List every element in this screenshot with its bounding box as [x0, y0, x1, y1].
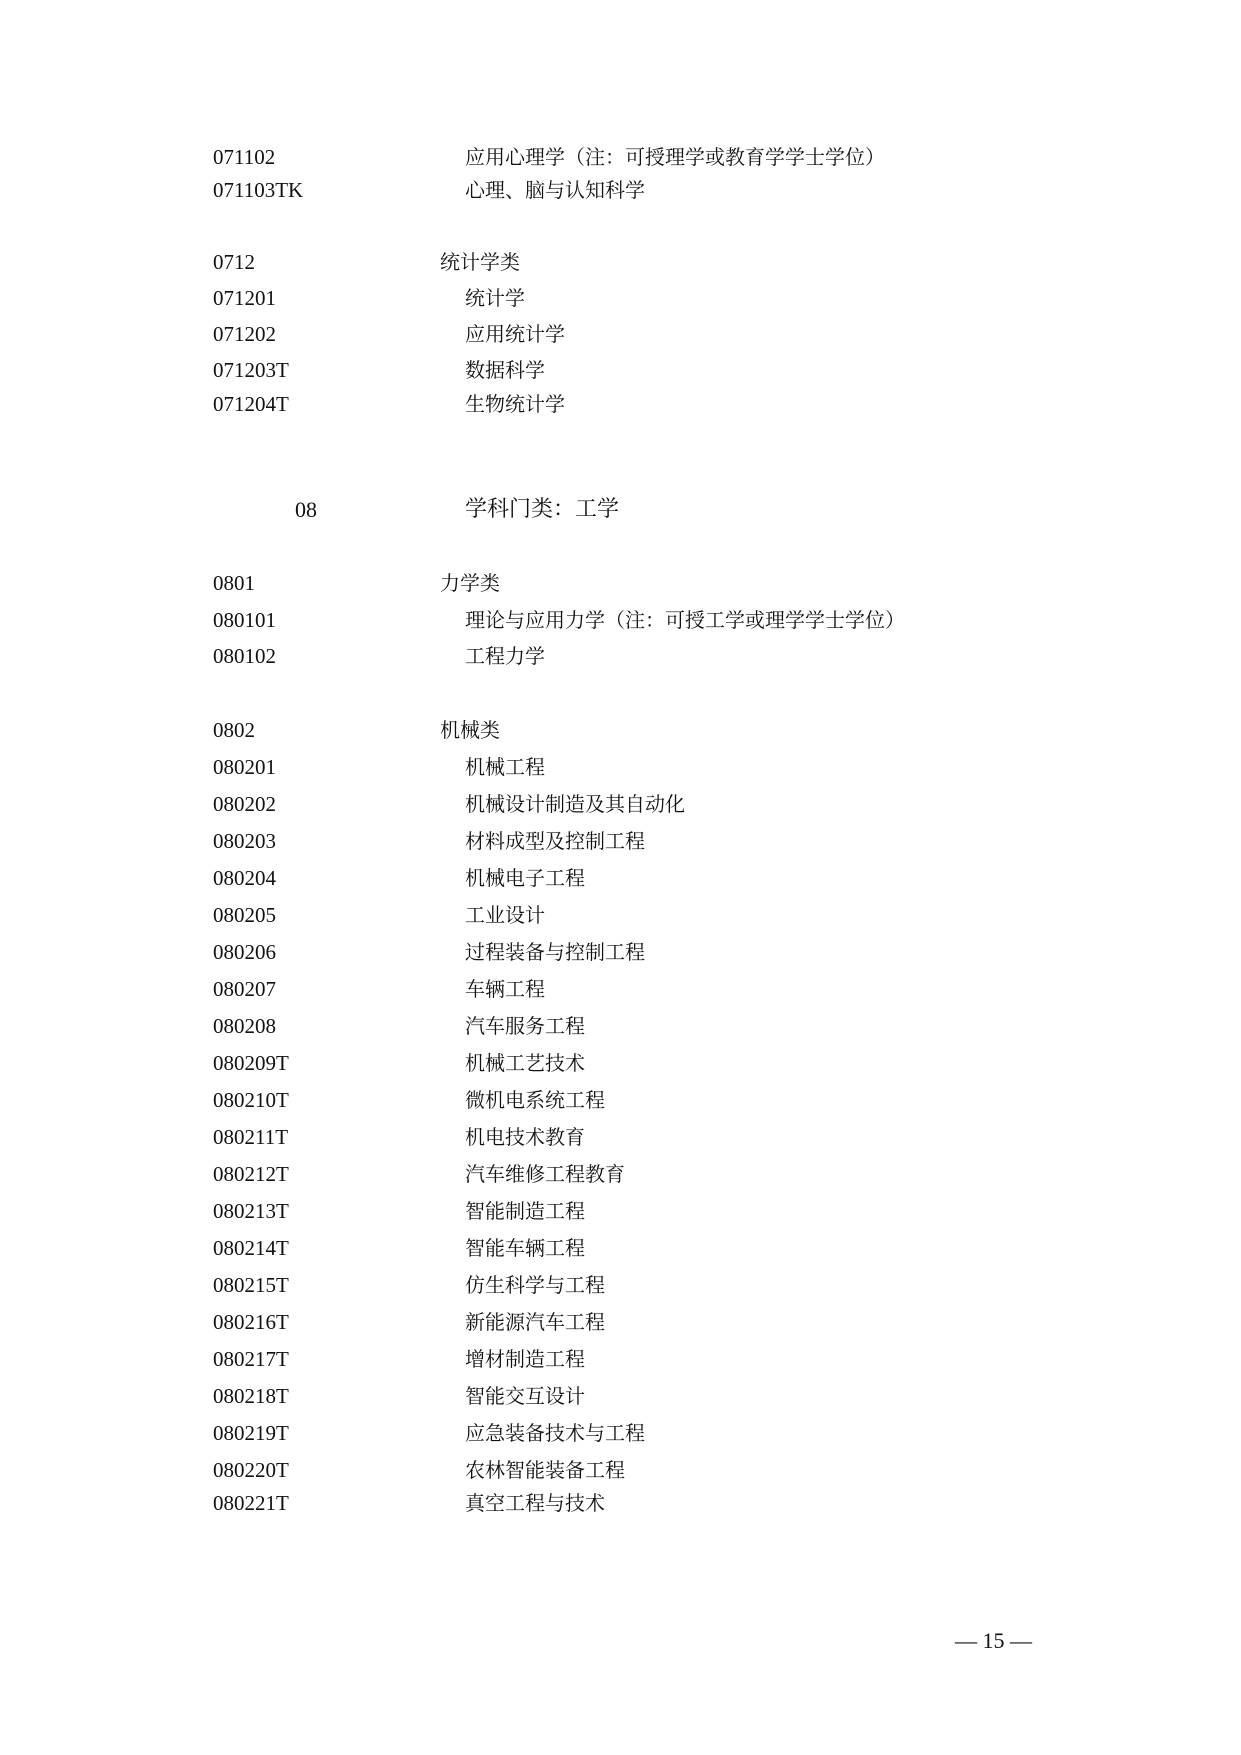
code-cell: 080206 [213, 937, 276, 967]
code-cell: 0802 [213, 715, 255, 745]
code-cell: 080209T [213, 1048, 289, 1078]
name-cell: 智能车辆工程 [465, 1233, 585, 1263]
code-cell: 071201 [213, 283, 276, 313]
category-row: 08学科门类：工学 [0, 495, 1241, 525]
code-cell: 080215T [213, 1270, 289, 1300]
major-row: 080215T仿生科学与工程 [0, 1270, 1241, 1300]
class-row: 0712统计学类 [0, 247, 1241, 277]
name-cell: 微机电系统工程 [465, 1085, 605, 1115]
name-cell: 农林智能装备工程 [465, 1455, 625, 1485]
code-cell: 0712 [213, 247, 255, 277]
code-cell: 080102 [213, 641, 276, 671]
code-cell: 071103TK [213, 175, 303, 205]
class-row: 0801力学类 [0, 568, 1241, 598]
code-cell: 080216T [213, 1307, 289, 1337]
code-cell: 080205 [213, 900, 276, 930]
major-row: 080214T智能车辆工程 [0, 1233, 1241, 1263]
name-cell: 学科门类：工学 [465, 495, 619, 525]
major-row: 080217T增材制造工程 [0, 1344, 1241, 1374]
major-row: 071103TK心理、脑与认知科学 [0, 175, 1241, 205]
name-cell: 机械工程 [465, 752, 545, 782]
major-row: 080219T应急装备技术与工程 [0, 1418, 1241, 1448]
name-cell: 机械设计制造及其自动化 [465, 789, 685, 819]
major-row: 080204机械电子工程 [0, 863, 1241, 893]
code-cell: 080219T [213, 1418, 289, 1448]
major-row: 080210T微机电系统工程 [0, 1085, 1241, 1115]
code-cell: 080211T [213, 1122, 288, 1152]
name-cell: 应用心理学（注：可授理学或教育学学士学位） [465, 142, 885, 172]
major-row: 080208汽车服务工程 [0, 1011, 1241, 1041]
name-cell: 统计学类 [440, 247, 520, 277]
class-row: 0802机械类 [0, 715, 1241, 745]
name-cell: 车辆工程 [465, 974, 545, 1004]
major-row: 080205工业设计 [0, 900, 1241, 930]
major-row: 080209T机械工艺技术 [0, 1048, 1241, 1078]
major-row: 071201统计学 [0, 283, 1241, 313]
name-cell: 应用统计学 [465, 319, 565, 349]
page-number: — 15 — [955, 1628, 1032, 1654]
code-cell: 071203T [213, 355, 289, 385]
name-cell: 增材制造工程 [465, 1344, 585, 1374]
name-cell: 工程力学 [465, 641, 545, 671]
code-cell: 080204 [213, 863, 276, 893]
name-cell: 新能源汽车工程 [465, 1307, 605, 1337]
name-cell: 应急装备技术与工程 [465, 1418, 645, 1448]
code-cell: 080214T [213, 1233, 289, 1263]
code-cell: 080201 [213, 752, 276, 782]
name-cell: 机电技术教育 [465, 1122, 585, 1152]
major-row: 080216T新能源汽车工程 [0, 1307, 1241, 1337]
name-cell: 真空工程与技术 [465, 1488, 605, 1518]
name-cell: 智能制造工程 [465, 1196, 585, 1226]
major-row: 080101理论与应用力学（注：可授工学或理学学士学位） [0, 605, 1241, 635]
code-cell: 080210T [213, 1085, 289, 1115]
name-cell: 力学类 [440, 568, 500, 598]
code-cell: 080207 [213, 974, 276, 1004]
name-cell: 心理、脑与认知科学 [465, 175, 645, 205]
name-cell: 材料成型及控制工程 [465, 826, 645, 856]
name-cell: 过程装备与控制工程 [465, 937, 645, 967]
code-cell: 080218T [213, 1381, 289, 1411]
code-cell: 080213T [213, 1196, 289, 1226]
major-row: 080220T农林智能装备工程 [0, 1455, 1241, 1485]
name-cell: 智能交互设计 [465, 1381, 585, 1411]
major-row: 080213T智能制造工程 [0, 1196, 1241, 1226]
code-cell: 080212T [213, 1159, 289, 1189]
code-cell: 071202 [213, 319, 276, 349]
major-row: 080211T机电技术教育 [0, 1122, 1241, 1152]
name-cell: 数据科学 [465, 355, 545, 385]
code-cell: 080203 [213, 826, 276, 856]
major-row: 071203T数据科学 [0, 355, 1241, 385]
code-cell: 080220T [213, 1455, 289, 1485]
major-row: 071102应用心理学（注：可授理学或教育学学士学位） [0, 142, 1241, 172]
major-row: 071202应用统计学 [0, 319, 1241, 349]
name-cell: 机械工艺技术 [465, 1048, 585, 1078]
name-cell: 工业设计 [465, 900, 545, 930]
name-cell: 生物统计学 [465, 389, 565, 419]
code-cell: 080217T [213, 1344, 289, 1374]
major-row: 080201机械工程 [0, 752, 1241, 782]
code-cell: 0801 [213, 568, 255, 598]
major-row: 080206过程装备与控制工程 [0, 937, 1241, 967]
code-cell: 080221T [213, 1488, 289, 1518]
code-cell: 080208 [213, 1011, 276, 1041]
name-cell: 机械电子工程 [465, 863, 585, 893]
name-cell: 理论与应用力学（注：可授工学或理学学士学位） [465, 605, 905, 635]
code-cell: 080202 [213, 789, 276, 819]
code-cell: 071102 [213, 142, 275, 172]
code-cell: 080101 [213, 605, 276, 635]
name-cell: 统计学 [465, 283, 525, 313]
name-cell: 汽车服务工程 [465, 1011, 585, 1041]
major-row: 080221T真空工程与技术 [0, 1488, 1241, 1518]
major-row: 080218T智能交互设计 [0, 1381, 1241, 1411]
major-row: 080207车辆工程 [0, 974, 1241, 1004]
code-cell: 071204T [213, 389, 289, 419]
name-cell: 机械类 [440, 715, 500, 745]
major-row: 071204T生物统计学 [0, 389, 1241, 419]
major-row: 080202机械设计制造及其自动化 [0, 789, 1241, 819]
major-row: 080203材料成型及控制工程 [0, 826, 1241, 856]
major-row: 080212T汽车维修工程教育 [0, 1159, 1241, 1189]
name-cell: 仿生科学与工程 [465, 1270, 605, 1300]
major-row: 080102工程力学 [0, 641, 1241, 671]
code-cell: 08 [295, 495, 317, 525]
name-cell: 汽车维修工程教育 [465, 1159, 625, 1189]
